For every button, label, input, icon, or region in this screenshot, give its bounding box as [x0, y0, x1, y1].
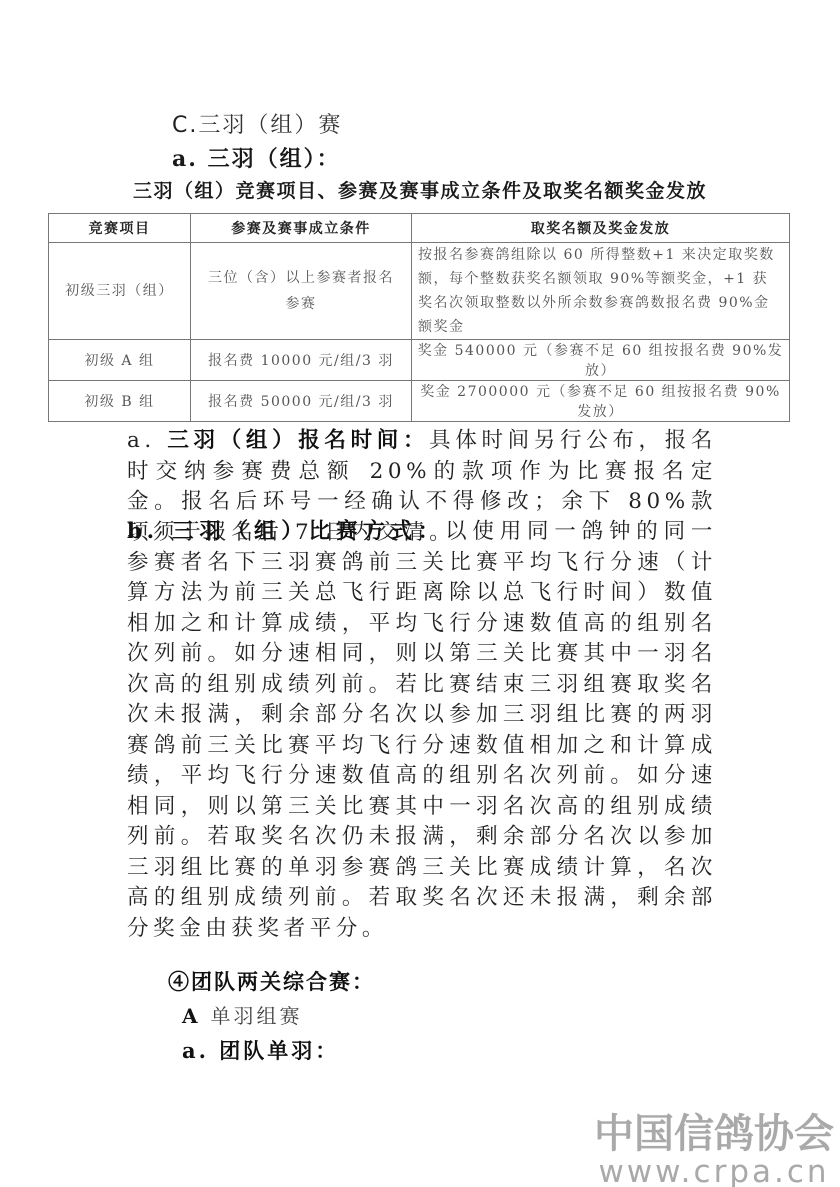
watermark-url: www.crpa.cn: [594, 1155, 834, 1187]
para-a-label: 三羽（组）报名时间：: [167, 428, 429, 453]
cell-prize: 奖金 2700000 元（参赛不足 60 组按报名费 90%发放）: [412, 381, 790, 422]
section-c-heading: C.三羽（组）赛: [172, 108, 342, 139]
table-row: 初级 B 组 报名费 50000 元/组/3 羽 奖金 2700000 元（参赛…: [49, 381, 790, 422]
watermark-logo: 中国信鸽协会 www.crpa.cn: [594, 1113, 834, 1187]
section-4-sub-a-title: 单羽组赛: [211, 1004, 303, 1028]
header-item: 竞赛项目: [49, 214, 191, 243]
cell-condition: 报名费 10000 元/组/3 羽: [191, 340, 412, 381]
section-4-sub-a-lead: A: [182, 1004, 201, 1028]
section-c-a-heading: a. 三羽（组）：: [172, 142, 341, 173]
para-a-lead: a.: [127, 428, 167, 453]
cell-condition: 三位（含）以上参赛者报名参赛: [191, 243, 412, 340]
header-condition: 参赛及赛事成立条件: [191, 214, 412, 243]
table-row: 初级三羽（组） 三位（含）以上参赛者报名参赛 按报名参赛鸽组除以 60 所得整数…: [49, 243, 790, 340]
cell-prize: 奖金 540000 元（参赛不足 60 组按报名费 90%发放）: [412, 340, 790, 381]
section-4-heading: ④团队两关综合赛：: [168, 966, 375, 996]
section-c-lead: C.: [172, 113, 198, 138]
para-b-lead: b.: [127, 519, 172, 544]
section-c-title: 三羽（组）赛: [198, 113, 342, 138]
competition-method-paragraph: b. 三羽（组）比赛方式：以使用同一鸽钟的同一参赛者名下三羽赛鸽前三关比赛平均飞…: [127, 517, 717, 944]
cell-prize: 按报名参赛鸽组除以 60 所得整数+1 来决定取奖数额，每个整数获奖名额领取 9…: [412, 243, 790, 340]
watermark-name: 中国信鸽协会: [594, 1113, 834, 1155]
section-4-sub-a-heading: A单羽组赛: [182, 1000, 303, 1029]
cell-item: 初级 A 组: [49, 340, 191, 381]
cell-condition: 报名费 50000 元/组/3 羽: [191, 381, 412, 422]
para-b-text: 以使用同一鸽钟的同一参赛者名下三羽赛鸽前三关比赛平均飞行分速（计算方法为前三关总…: [127, 519, 717, 941]
cell-item: 初级三羽（组）: [49, 243, 191, 340]
table-title: 三羽（组）竞赛项目、参赛及赛事成立条件及取奖名额奖金发放: [0, 176, 840, 203]
prize-table: 竞赛项目 参赛及赛事成立条件 取奖名额及奖金发放 初级三羽（组） 三位（含）以上…: [48, 213, 790, 422]
table-row: 初级 A 组 报名费 10000 元/组/3 羽 奖金 540000 元（参赛不…: [49, 340, 790, 381]
table-header-row: 竞赛项目 参赛及赛事成立条件 取奖名额及奖金发放: [49, 214, 790, 243]
para-b-label: 三羽（组）比赛方式：: [172, 519, 445, 544]
section-4-sub-a-a-heading: a. 团队单羽：: [182, 1035, 339, 1065]
header-prize: 取奖名额及奖金发放: [412, 214, 790, 243]
cell-item: 初级 B 组: [49, 381, 191, 422]
